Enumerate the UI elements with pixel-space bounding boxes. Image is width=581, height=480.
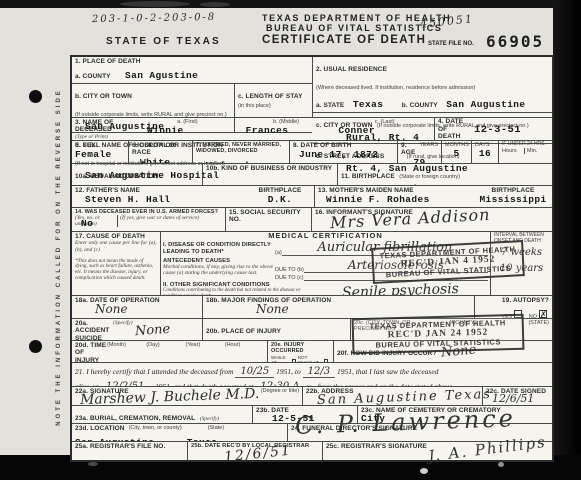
county-value: San Agustine [125,70,198,81]
scanned-death-certificate: NOTE THE INFORMATION CALLED FOR ON THE R… [0,0,581,480]
received-stamp-jan24: TEXAS DEPARTMENT OF HEALTH REC'D JAN 24 … [352,314,525,354]
age-months-value: 5 [445,148,468,159]
accident-sublabel: (Specify) [113,320,133,340]
place-of-injury-label: 20b. PLACE OF INJURY [206,328,281,335]
burial-label: 23a. BURIAL, CREMATION, REMOVAL [75,415,195,422]
field-sex: 5. SEX Female [72,141,128,163]
row-armed-informant: 14. WAS DECEASED EVER IN U.S. ARMED FORC… [72,207,552,231]
age-label: 9. AGE [401,142,419,157]
mother-birthplace-label: BIRTHPLACE [477,187,549,194]
punch-hole [29,340,42,353]
certify-text-1: 21. I hereby certify that I attended the… [75,367,234,376]
time-of-injury-value: None [120,360,156,362]
certify-from-value: 10/25 [235,366,274,378]
father-birthplace-label: BIRTHPLACE [249,187,311,194]
row-vitals: 5. SEX Female 6. COLOR OR RACE White 7. … [72,140,552,163]
birthplace-value: San Augustine County, Texas [351,183,549,185]
cause-sublabel: Enter only one cause per line for (a), (… [75,240,157,252]
field-armed-forces: 14. WAS DECEASED EVER IN U.S. ARMED FORC… [72,208,225,231]
accident-value: None [134,322,170,340]
field-race: 6. COLOR OR RACE White [128,141,192,163]
day-label: (Day) [146,342,185,362]
field-last-name: c. (Last) Conner [335,118,434,140]
row-certify: 21. I hereby certify that I attended the… [72,362,552,386]
field-date-received: 25b. DATE REC'D BY LOCAL REGISTRAR 12/6/… [187,442,322,460]
scan-speck [498,462,504,467]
field-father: 12. FATHER'S NAME Steven H. Hall BIRTHPL… [72,186,314,207]
residence-state-label: a. STATE [316,102,344,109]
field-registrar-file: 25a. REGISTRAR'S FILE NO. [72,442,187,460]
field-date-signed: 22c. DATE SIGNED 12/6/51 [482,387,552,405]
race-value: White [140,157,189,163]
state-file-number: 66905 [486,32,544,51]
mother-value: Winnie F. Rohades [326,194,477,205]
dob-label: 8. DATE OF BIRTH [293,142,394,149]
time-of-injury-label: 20d. TIME OF INJURY [75,342,107,362]
antecedent-sublabel: Morbid conditions, if any, giving rise t… [163,264,275,276]
race-label: 6. COLOR OR RACE [132,142,189,157]
occupation-label: 10a. USUAL OCCUPATION [75,173,158,180]
row-name-deathdate: 3. NAME OF DECEASED (Type or Print) a. (… [72,117,552,140]
field-burial-location: 23d. LOCATION (City, town, or county) (S… [72,424,287,441]
reverse-side-note: NOTE THE INFORMATION CALLED FOR ON THE R… [56,62,68,452]
county-label: a. COUNTY [75,73,111,80]
certify-alive-value: 12/2/51 [101,381,150,386]
row-occupation: 10a. USUAL OCCUPATION (Give kind of work… [72,163,552,185]
month-label: (Month) [107,342,146,362]
field-informant: 16. INFORMANT'S SIGNATURE Mrs Vera Addis… [311,208,552,231]
scan-smudge [200,2,230,7]
age-days-value: 16 [475,148,495,159]
dob-value: June 17, 1872 [299,149,394,160]
injury-occurred-label: 20e. INJURY OCCURRED [271,342,330,355]
sex-label: 5. SEX [75,142,125,149]
stay-sublabel: (in this place) [238,103,309,109]
field-burial: 23a. BURIAL, CREMATION, REMOVAL (Specify… [72,406,252,423]
mother-birthplace-value: Mississippi [477,194,549,205]
field-place-of-death: 1. PLACE OF DEATH a. COUNTY San Agustine [72,57,312,83]
business-label: 10b. KIND OF BUSINESS OR INDUSTRY [206,165,334,172]
field-time-of-injury: 20d. TIME OF INJURY (Month) (Day) (Year)… [72,341,267,362]
autopsy-label: 19. AUTOPSY? [478,297,549,304]
father-value: Steven H. Hall [85,194,249,205]
field-residence-state-county: 2. USUAL RESIDENCE (Where deceased lived… [313,57,552,112]
field-business: 10b. KIND OF BUSINESS OR INDUSTRY [202,164,337,185]
field-date-of-death: 4. DATE OF DEATH 12-3-51 [434,118,552,140]
certificate-title: CERTIFICATE OF DEATH [262,34,426,46]
row-place-residence: 1. PLACE OF DEATH a. COUNTY San Agustine… [72,57,552,117]
other-conditions-sublabel: Conditions contributing to the death but… [163,288,313,295]
autopsy-no-label: NO [529,314,537,318]
year-label: (Year) [186,342,225,362]
father-birthplace-value: D.K. [249,194,311,205]
residence-county-label: b. COUNTY [402,102,438,109]
location-state-value: Texas [187,437,218,441]
hour-label: (Hour) [225,342,264,362]
sex-value: Female [75,149,125,160]
certify-to-value: 12/3 [303,366,335,378]
operation-findings-value: None [256,302,471,316]
section-place-of-death: 1. PLACE OF DEATH a. COUNTY San Agustine… [72,57,312,117]
field-age-months: MONTHS 5 [441,141,471,163]
armed-sublabel2: (If yes, give war or dates of service) [117,215,222,227]
registrar-file-label: 25a. REGISTRAR'S FILE NO. [75,443,184,450]
middle-name-value: Frances [246,125,333,136]
last-name-value: Conner [338,125,431,136]
field-birthplace: 11. BIRTHPLACE (State or foreign country… [337,164,552,185]
certify-time-value: 12:30 A [255,381,304,386]
date-of-death-label: 4. DATE OF DEATH [438,118,464,140]
stay-label: c. LENGTH OF STAY [238,93,303,100]
first-name-value: Winnie [147,125,234,136]
field-mother: 13. MOTHER'S MAIDEN NAME Winnie F. Rohad… [314,186,552,207]
certify-text-2: 1951, to [276,367,301,376]
state-file-label: STATE FILE NO. [428,41,474,47]
not-while-at-work-label: NOT WHILE AT WORK [298,355,322,362]
name-sublabel: (Type or Print) [75,134,135,140]
disease-a-label: (a) [275,250,282,256]
not-while-at-work-checkbox [324,359,328,362]
marital-value: Widowed [206,160,249,163]
years-label: YEARS [419,142,438,157]
ssn-label: 15. SOCIAL SECURITY NO. [229,209,308,224]
punch-hole [29,90,42,103]
residence-state-value: Texas [353,99,384,110]
due-to-c-label: DUE TO (c) [275,275,304,281]
field-accident: 20a. ACCIDENT SUICIDE HOMICIDE (Specify)… [72,319,202,340]
location-sublabel1: (City, town, or county) [129,425,182,432]
marital-label: 7. MARRIED, NEVER MARRIED, WIDOWED, DIVO… [196,142,286,155]
field-physician-address: 22b. ADDRESS San Augustine Texas [302,387,482,405]
field-under-24hrs: IF UNDER 24 HRS. Hours Min. [498,141,552,163]
while-at-work-label: WHILE AT WORK [271,355,290,362]
hours-label: Hours [502,148,525,154]
dept-line2: BUREAU OF VITAL STATISTICS [266,23,442,33]
scan-speck [88,462,98,466]
place-label: 1. PLACE OF DEATH [75,58,309,65]
accident-label: 20a. ACCIDENT SUICIDE HOMICIDE [75,320,113,340]
field-injury-occurred: 20e. INJURY OCCURRED WHILE AT WORK NOT W… [267,341,333,362]
date-of-death-value: 12-3-51 [474,124,521,136]
mother-label: 13. MOTHER'S MAIDEN NAME [318,187,477,194]
field-cause-label: 17. CAUSE OF DEATH Enter only one cause … [72,232,160,295]
while-at-work-checkbox [292,359,296,362]
location-city-value: San Augustine [75,437,154,441]
field-age-years: 9. AGEYEARS 79 [397,141,441,163]
birthplace-sublabel: (State or foreign country) [399,174,460,180]
scan-edge-top [0,0,581,8]
field-physician-signature: 22a. SIGNATURE (Degree or title) Marshew… [72,387,302,405]
certify-text-4: alive on [75,382,99,386]
field-middle-name: b. (Middle) Frances [237,118,336,140]
min-label: Min. [525,148,549,154]
certify-text-6: m., from the causes and on the date stat… [306,382,454,386]
state-of-texas: STATE OF TEXAS [106,36,221,47]
scan-speck [420,468,428,474]
field-ssn: 15. SOCIAL SECURITY NO. [225,208,311,231]
location-label: 23d. LOCATION [75,425,125,432]
certify-text-3: 1951, that I last saw the deceased [337,367,438,376]
field-age-days: DAYS 16 [471,141,498,163]
field-date-of-birth: 8. DATE OF BIRTH June 17, 1872 [289,141,397,163]
field-place-of-injury: 20b. PLACE OF INJURY (e.g., in or about … [202,319,350,340]
father-label: 12. FATHER'S NAME [75,187,249,194]
field-first-name: a. (First) Winnie [138,118,237,140]
handwritten-code: 203-1-0-2-203-0-8 [92,12,216,25]
row-physician: 22a. SIGNATURE (Degree or title) Marshew… [72,386,552,405]
residence-label: 2. USUAL RESIDENCE [316,66,387,73]
row-parents: 12. FATHER'S NAME Steven H. Hall BIRTHPL… [72,185,552,207]
field-certify-statement: 21. I hereby certify that I attended the… [72,363,552,386]
field-occupation: 10a. USUAL OCCUPATION (Give kind of work… [72,164,202,185]
field-operation-findings: 18b. MAJOR FINDINGS OF OPERATION None [202,296,474,318]
scan-smudge [120,1,190,7]
age-years-value: 79 [401,157,438,163]
field-name-label: 3. NAME OF DECEASED (Type or Print) [72,118,138,140]
scan-edge-right [553,0,581,480]
other-conditions-label: II. OTHER SIGNIFICANT CONDITIONS [163,282,313,289]
city-label: b. CITY OR TOWN [75,93,132,100]
certify-text-5: , 1951, and that death occurred at [151,382,253,386]
cause-note: *This does not mean the mode of dying, s… [75,259,157,282]
residence-sublabel: (Where deceased lived. If institution, r… [316,85,475,91]
birthplace-label: 11. BIRTHPLACE [341,173,395,180]
name-label: 3. NAME OF DECEASED [75,119,135,134]
location-sublabel2: (State) [208,425,225,432]
field-marital-status: 7. MARRIED, NEVER MARRIED, WIDOWED, DIVO… [192,141,289,163]
field-operation-date: 18a. DATE OF OPERATION None [72,296,202,318]
autopsy-no-checkbox: ✗ [539,310,547,318]
burial-sublabel: (Specify) [200,416,220,422]
residence-county-value: San Augustine [446,99,525,110]
physician-signature-sublabel: (Degree or title) [261,388,299,395]
disease-label: I. DISEASE OR CONDITION DIRECTLY LEADING… [163,242,275,255]
section-usual-residence: 2. USUAL RESIDENCE (Where deceased lived… [312,57,552,117]
operation-date-value: None [95,302,199,316]
